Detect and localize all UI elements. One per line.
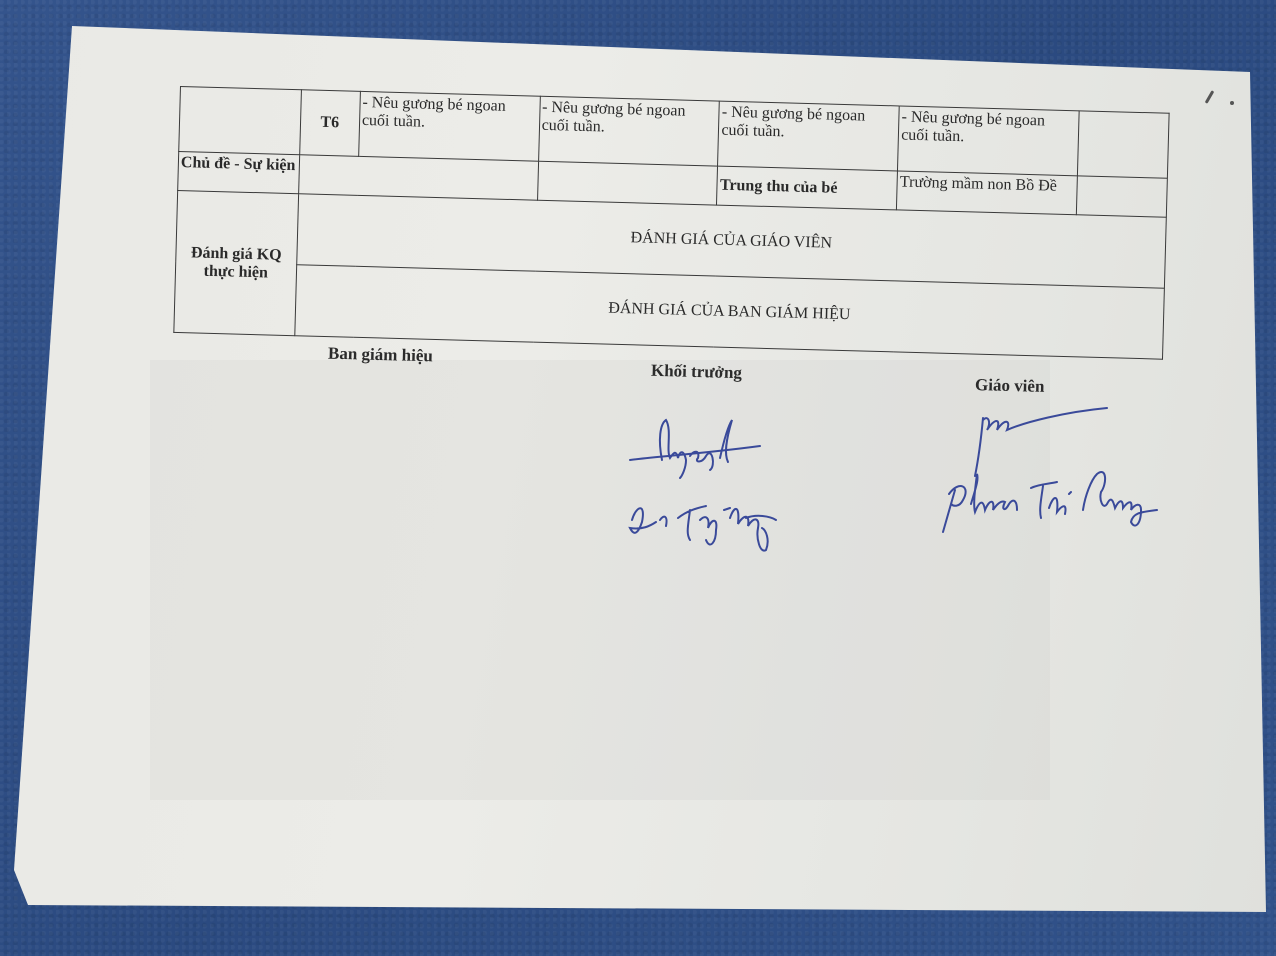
head-signature-title: Khối trưởng [651, 361, 742, 383]
head-signature-icon [620, 410, 820, 570]
teacher-signature-title: Giáo viên [975, 375, 1045, 397]
signature-section: Ban giám hiệu Khối trưởng Giáo viên [0, 0, 1276, 956]
teacher-signature-icon [935, 400, 1165, 550]
board-signature-title: Ban giám hiệu [328, 344, 433, 367]
